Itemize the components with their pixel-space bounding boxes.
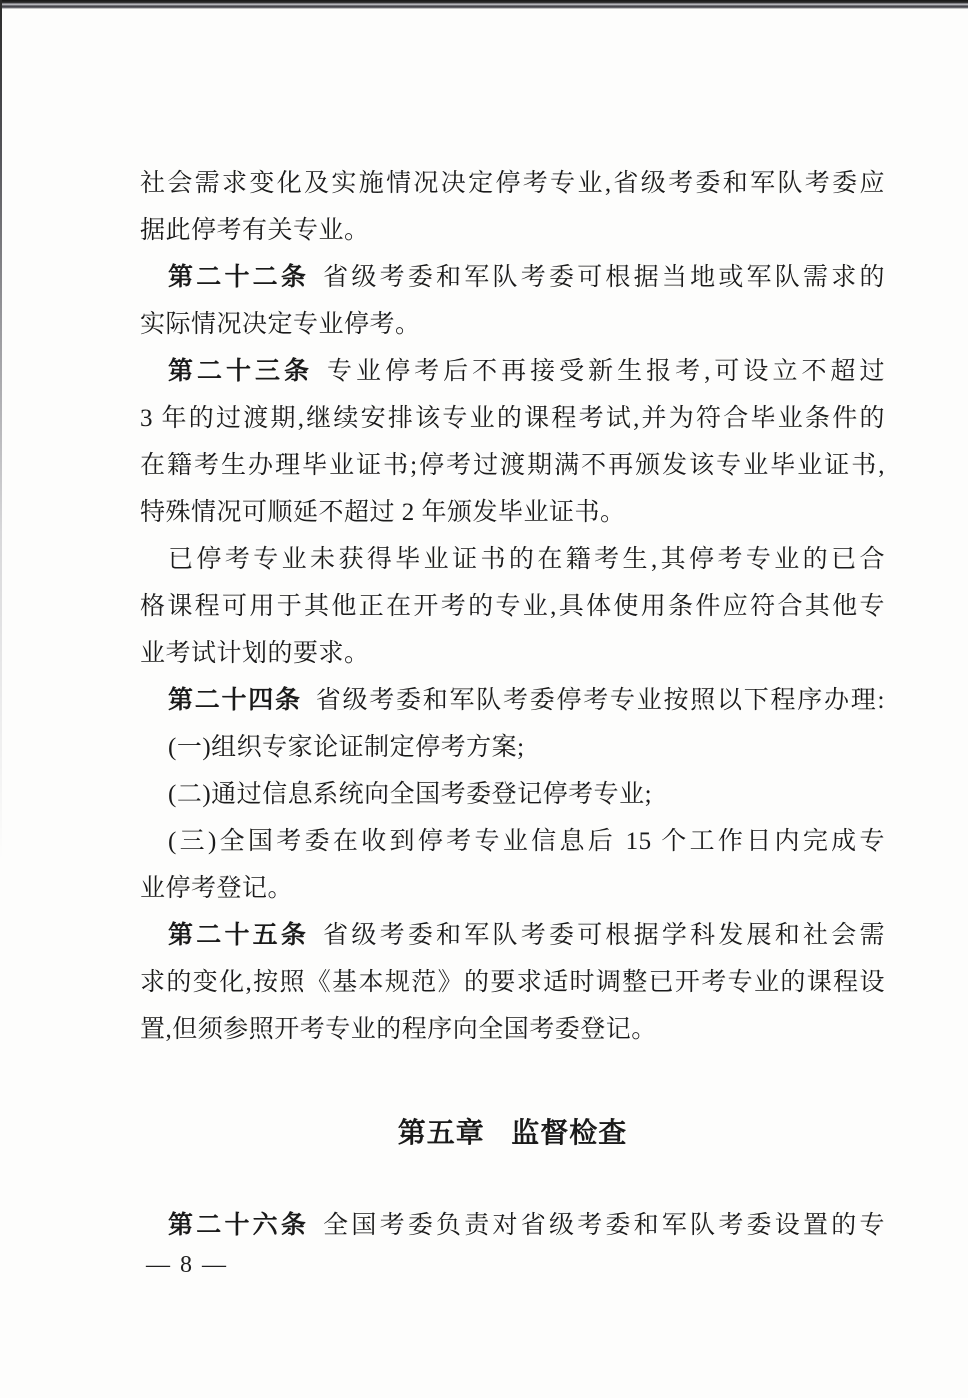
body-line: 据此停考有关专业。 <box>140 207 885 254</box>
body-line: 社会需求变化及实施情况决定停考专业,省级考委和军队考委应 <box>140 160 885 207</box>
scanned-document-page: { "colors": { "paper": "#fdfdfc", "ink":… <box>0 0 968 1398</box>
article-24-line: 第二十四条省级考委和军队考委停考专业按照以下程序办理: <box>140 677 885 724</box>
article-25-line: 第二十五条省级考委和军队考委可根据学科发展和社会需 <box>140 912 885 959</box>
body-line: 3 年的过渡期,继续安排该专业的课程考试,并为符合毕业条件的 <box>140 395 885 442</box>
article-number: 第二十三条 <box>168 357 313 385</box>
line-text: 业考试计划的要求。 <box>140 640 370 667</box>
line-text: 省级考委和军队考委可根据学科发展和社会需 <box>323 922 885 949</box>
page-number: — 8 — <box>146 1252 228 1279</box>
line-text: 省级考委和军队考委可根据当地或军队需求的 <box>323 264 885 291</box>
article-22-line: 第二十二条省级考委和军队考委可根据当地或军队需求的 <box>140 254 885 301</box>
list-item-1: (一)组织专家论证制定停考方案; <box>140 724 885 771</box>
line-text: 全国考委负责对省级考委和军队考委设置的专 <box>323 1212 885 1239</box>
line-text: 业停考登记。 <box>140 875 293 902</box>
body-line: 求的变化,按照《基本规范》的要求适时调整已开考专业的课程设 <box>140 959 885 1006</box>
line-text: 3 年的过渡期,继续安排该专业的课程考试,并为符合毕业条件的 <box>140 405 885 432</box>
article-number: 第二十六条 <box>168 1211 309 1239</box>
line-text: 社会需求变化及实施情况决定停考专业,省级考委和军队考委应 <box>140 170 885 197</box>
body-line: 特殊情况可顺延不超过 2 年颁发毕业证书。 <box>140 489 885 536</box>
line-text: 已停考专业未获得毕业证书的在籍考生,其停考专业的已合 <box>168 546 885 573</box>
body-line: 实际情况决定专业停考。 <box>140 301 885 348</box>
line-text: 求的变化,按照《基本规范》的要求适时调整已开考专业的课程设 <box>140 969 885 996</box>
body-line: 在籍考生办理毕业证书;停考过渡期满不再颁发该专业毕业证书, <box>140 442 885 489</box>
document-text-block: 社会需求变化及实施情况决定停考专业,省级考委和军队考委应 据此停考有关专业。 第… <box>140 160 885 1249</box>
article-number: 第二十二条 <box>168 263 309 291</box>
line-text: 专业停考后不再接受新生报考,可设立不超过 <box>327 358 885 385</box>
line-text: 省级考委和军队考委停考专业按照以下程序办理: <box>316 687 885 714</box>
body-line: 格课程可用于其他正在开考的专业,具体使用条件应符合其他专 <box>140 583 885 630</box>
article-number: 第二十五条 <box>168 921 309 949</box>
body-line: 业停考登记。 <box>140 865 885 912</box>
body-line: 已停考专业未获得毕业证书的在籍考生,其停考专业的已合 <box>140 536 885 583</box>
line-text: (三)全国考委在收到停考专业信息后 15 个工作日内完成专 <box>168 828 885 855</box>
article-23-line: 第二十三条专业停考后不再接受新生报考,可设立不超过 <box>140 348 885 395</box>
article-26-line: 第二十六条全国考委负责对省级考委和军队考委设置的专 <box>140 1202 885 1249</box>
list-item-3: (三)全国考委在收到停考专业信息后 15 个工作日内完成专 <box>140 818 885 865</box>
article-number: 第二十四条 <box>168 686 302 714</box>
scan-edge-artifact-left <box>0 0 2 860</box>
body-line: 置,但须参照开考专业的程序向全国考委登记。 <box>140 1006 885 1053</box>
body-line: 业考试计划的要求。 <box>140 630 885 677</box>
line-text: (一)组织专家论证制定停考方案; <box>168 734 525 761</box>
line-text: 格课程可用于其他正在开考的专业,具体使用条件应符合其他专 <box>140 593 885 620</box>
line-text: 实际情况决定专业停考。 <box>140 311 421 338</box>
scan-edge-artifact-top <box>0 0 968 9</box>
line-text: 在籍考生办理毕业证书;停考过渡期满不再颁发该专业毕业证书, <box>140 452 885 479</box>
line-text: (二)通过信息系统向全国考委登记停考专业; <box>168 781 652 808</box>
chapter-heading: 第五章监督检查 <box>140 1109 885 1156</box>
list-item-2: (二)通过信息系统向全国考委登记停考专业; <box>140 771 885 818</box>
chapter-number: 第五章 <box>398 1117 485 1148</box>
line-text: 据此停考有关专业。 <box>140 217 370 244</box>
line-text: 特殊情况可顺延不超过 2 年颁发毕业证书。 <box>140 499 626 526</box>
line-text: 置,但须参照开考专业的程序向全国考委登记。 <box>140 1016 657 1043</box>
chapter-title: 监督检查 <box>511 1117 627 1148</box>
